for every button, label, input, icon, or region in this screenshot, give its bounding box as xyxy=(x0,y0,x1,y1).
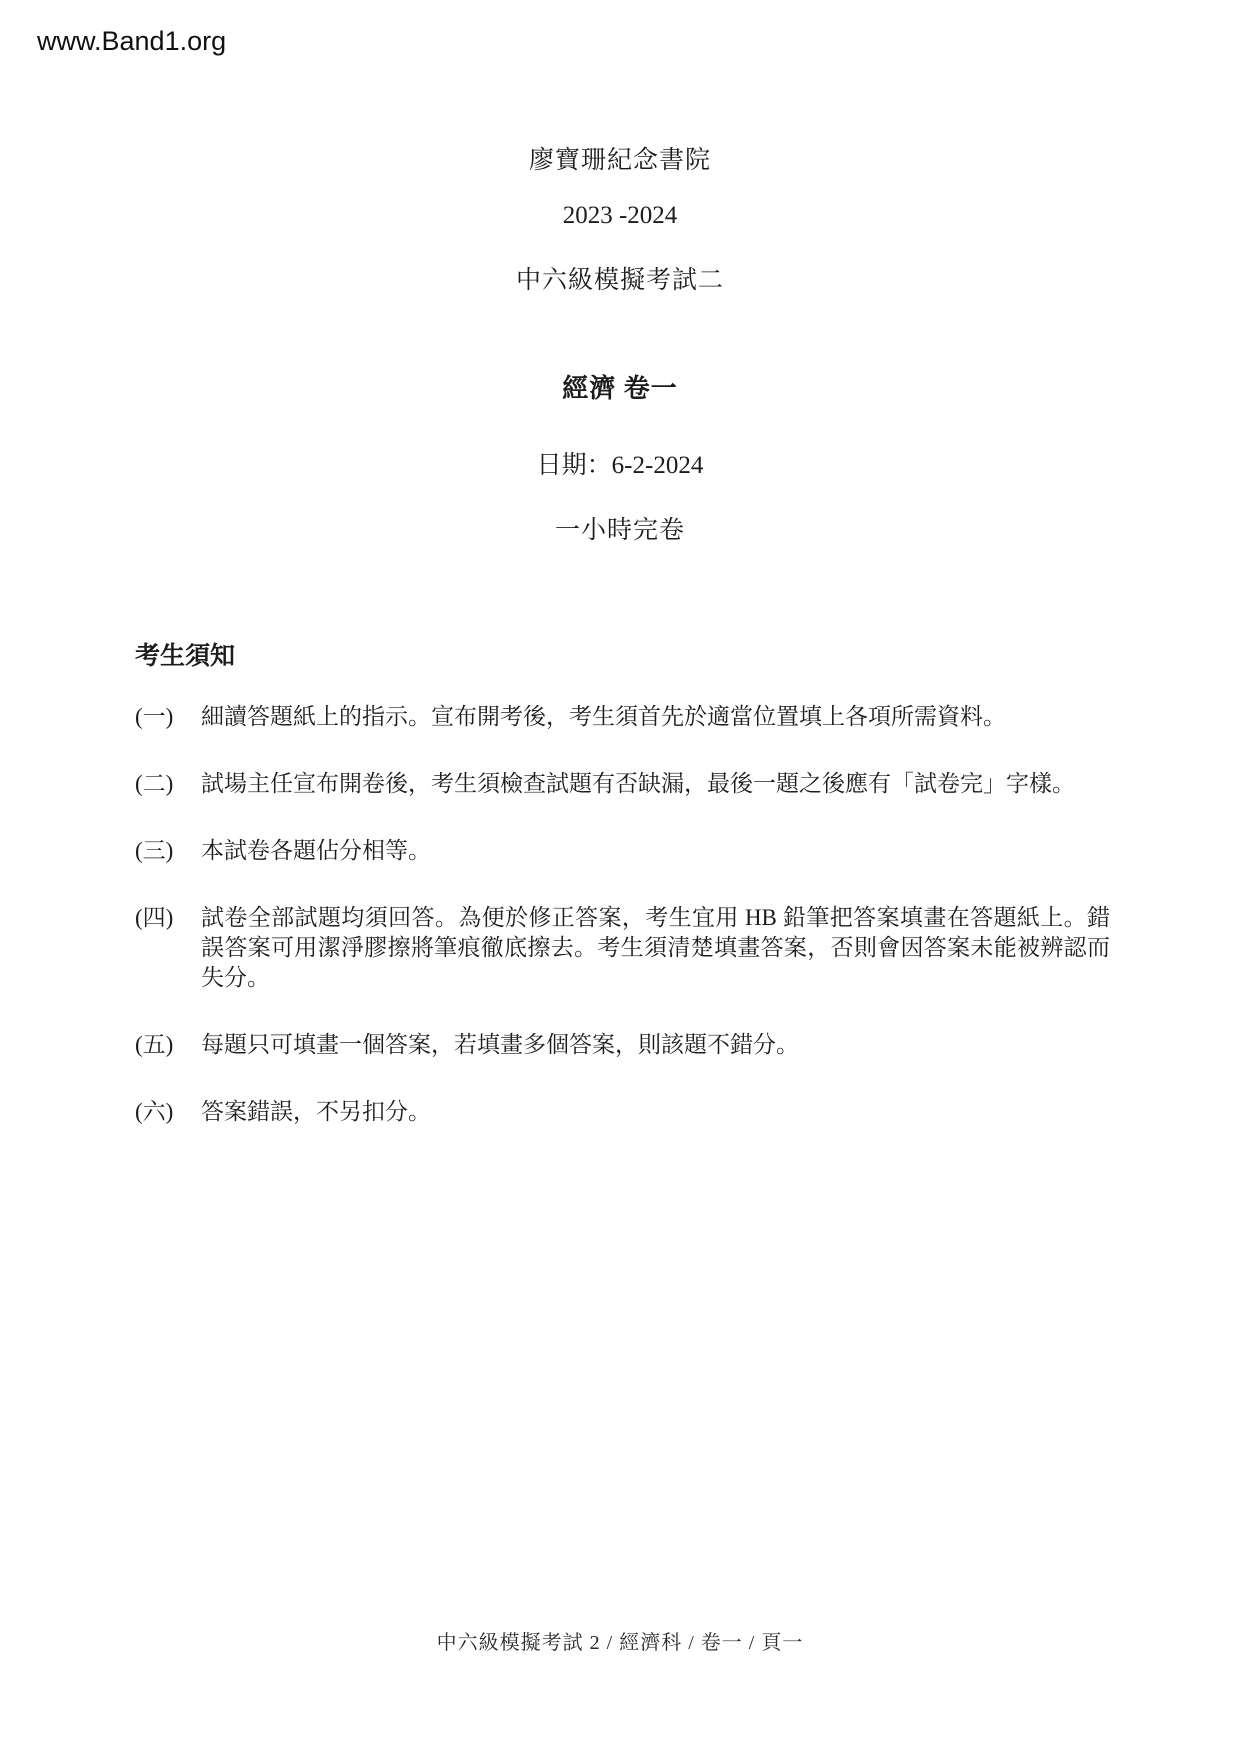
instruction-item-6: (六) 答案錯誤，不另扣分。 xyxy=(135,1097,1110,1127)
instruction-item-number: (六) xyxy=(135,1097,173,1127)
instruction-item-number: (五) xyxy=(135,1030,173,1060)
instruction-item-number: (二) xyxy=(135,769,173,799)
exam-cover-page: www.Band1.org 廖寶珊紀念書院 2023 -2024 中六級模擬考試… xyxy=(0,0,1240,1754)
exam-date: 日期：6-2-2024 xyxy=(0,445,1240,481)
subject-paper-title: 經濟 卷一 xyxy=(0,368,1240,405)
instruction-item-1: (一) 細讀答題紙上的指示。宣布開考後，考生須首先於適當位置填上各項所需資料。 xyxy=(135,702,1110,732)
instruction-item-text: 本試卷各題佔分相等。 xyxy=(201,836,1110,866)
exam-duration: 一小時完卷 xyxy=(0,510,1240,546)
instruction-item-number: (四) xyxy=(135,903,173,933)
school-name: 廖寶珊紀念書院 xyxy=(0,140,1240,176)
instruction-item-3: (三) 本試卷各題佔分相等。 xyxy=(135,836,1110,866)
instruction-item-5: (五) 每題只可填畫一個答案，若填畫多個答案，則該題不錯分。 xyxy=(135,1030,1110,1060)
instruction-item-text: 每題只可填畫一個答案，若填畫多個答案，則該題不錯分。 xyxy=(201,1030,1110,1060)
instruction-item-text: 試場主任宣布開卷後，考生須檢查試題有否缺漏，最後一題之後應有「試卷完」字樣。 xyxy=(201,769,1110,799)
instruction-item-text: 細讀答題紙上的指示。宣布開考後，考生須首先於適當位置填上各項所需資料。 xyxy=(201,702,1110,732)
instruction-item-text: 試卷全部試題均須回答。為便於修正答案，考生宜用 HB 鉛筆把答案填畫在答題紙上。… xyxy=(201,903,1110,993)
instructions-title: 考生須知 xyxy=(135,636,235,672)
exam-title: 中六級模擬考試二 xyxy=(0,260,1240,296)
instructions-list: (一) 細讀答題紙上的指示。宣布開考後，考生須首先於適當位置填上各項所需資料。 … xyxy=(135,702,1110,1164)
school-year: 2023 -2024 xyxy=(0,202,1240,230)
watermark-url: www.Band1.org xyxy=(37,26,226,57)
instruction-item-2: (二) 試場主任宣布開卷後，考生須檢查試題有否缺漏，最後一題之後應有「試卷完」字… xyxy=(135,769,1110,799)
instruction-item-number: (三) xyxy=(135,836,173,866)
page-footer: 中六級模擬考試 2 / 經濟科 / 卷一 / 頁一 xyxy=(0,1626,1240,1655)
instruction-item-4: (四) 試卷全部試題均須回答。為便於修正答案，考生宜用 HB 鉛筆把答案填畫在答… xyxy=(135,903,1110,993)
instruction-item-number: (一) xyxy=(135,702,173,732)
instruction-item-text: 答案錯誤，不另扣分。 xyxy=(201,1097,1110,1127)
